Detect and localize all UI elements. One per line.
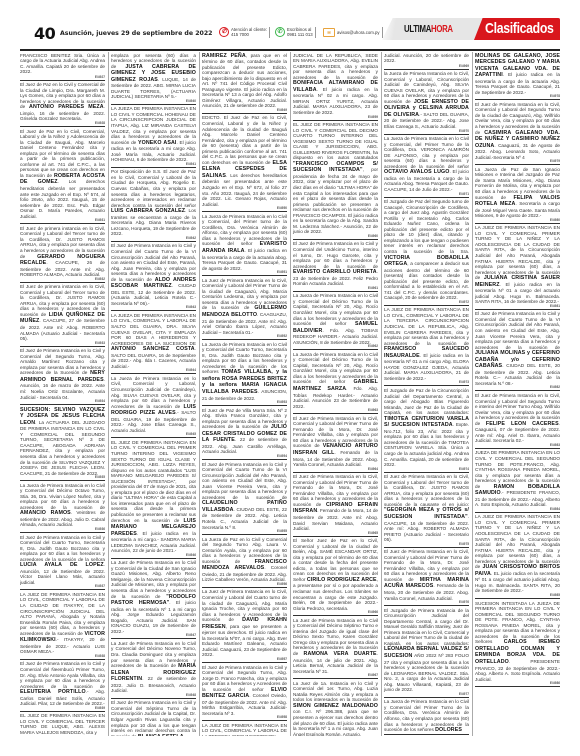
legal-notice: La Juez de Primera Instancia en lo Civil… xyxy=(202,589,287,663)
notice-code: E/4932 xyxy=(20,278,105,282)
notice-text: , a comparecer a deducir sus acciones de… xyxy=(384,261,469,300)
notice-text: El Juez de Primera Instancia en lo Civil… xyxy=(20,661,105,688)
notice-code: E/4974 xyxy=(384,468,469,472)
legal-notice: la Jueza de Primera Instancia en lo Civi… xyxy=(384,71,469,135)
legal-notice: El Señor Juez de Paz en lo Civil, Comerc… xyxy=(293,538,378,617)
classifieds-columns: FRANCISCO BENITEZ Sria. Única a cargo de… xyxy=(20,52,560,736)
legal-notice: EDICTO. El Juez de Paz en lo Civil, Come… xyxy=(202,115,287,212)
envelope-icon: ✉ xyxy=(323,28,335,37)
legal-notice: LA JUEZA DE PRIMERA INSTANCIA EN LO CIVI… xyxy=(111,312,196,374)
notice-text: , para que en el término de 60 días, con… xyxy=(202,53,287,109)
decedent-name: "GEORGINA MEZA y OTROS s/ SUCESION INTES… xyxy=(384,507,469,520)
section-banner: ULTIMAHORA Clasificados xyxy=(382,18,560,40)
notice-text: El Juez de Paz en lo Civil, Comercial, L… xyxy=(20,129,105,178)
decedent-name: SIMON GIMENEZ MALDONADO xyxy=(293,703,378,709)
notice-text: , por providencia de fecha 24 de mayo de… xyxy=(293,167,378,234)
legal-notice: La Jueza de Paz de San Ignacio Misiones … xyxy=(475,166,560,223)
decedent-name: LUIS CABRERA GONZALEZ xyxy=(111,208,185,214)
notice-code: E/4943 xyxy=(111,306,196,310)
notice-text: . La ACTUARIA DEL JUZGADO DE PRIMERA INS… xyxy=(20,420,105,476)
legal-notice: El Juez de Primera Instancia en lo Civil… xyxy=(384,549,469,606)
notice-text: JUDICIAL DE LA REPUBLICA, SEDE EN MARIA … xyxy=(293,53,378,80)
legal-notice: El Juez de Primera Instancia en lo Civil… xyxy=(475,392,560,448)
notice-text: El Juez de Primera Instancia en lo Civil… xyxy=(475,311,560,349)
notice-text: EL JUEZ DE PRIMERA INSTANCIA EN LO CIVIL… xyxy=(111,440,196,523)
notice-code: E/4972 xyxy=(384,301,469,305)
notice-code: E/4961 xyxy=(293,287,378,291)
notice-code: E/4960 xyxy=(293,235,378,239)
publication-date: Asunción, jueves 29 de septiembre de 202… xyxy=(60,30,212,37)
legal-notice: El Juez de Primera Instancia en lo Civil… xyxy=(111,700,196,736)
legal-notice: La Jueza de Primera Instancia en lo Civi… xyxy=(293,293,378,350)
notice-code: E/4983 xyxy=(475,444,560,448)
decedent-name: ANTONIO SANCHEZ COSTA xyxy=(111,346,195,352)
notice-code: E/4956 xyxy=(202,583,287,587)
notice-code: E/4946 xyxy=(111,554,196,558)
legal-notice: El Juez de Primera Instancia en lo Civil… xyxy=(20,534,105,590)
notice-text: El Juez de Primera Instancia en lo Civil… xyxy=(384,474,469,507)
legal-notice: El Juez de primera instancia en lo Civil… xyxy=(20,284,105,347)
legal-notice: La Juez de Primera Instancia en lo Civil… xyxy=(111,640,196,698)
decedent-name: OCTAVIO AVALOS LUGO xyxy=(384,169,450,175)
notice-text: El Juez de Primera Instancia en lo Civil… xyxy=(202,462,287,500)
legal-notice: El Juez de Paz en lo Civil y Comercial d… xyxy=(20,82,105,127)
notice-code: E/4941 xyxy=(111,163,196,167)
decedent-name: FELIPE LEON CACERES xyxy=(486,421,559,427)
decedent-name: RAMIREZ PEÑA xyxy=(202,53,246,59)
legal-notice: Por Disposición de S.S. El Juez de Paz e… xyxy=(111,169,196,242)
brand-logo: ULTIMAHORA xyxy=(404,24,453,35)
legal-notice: La Jueza de Primera Instancia en lo Civi… xyxy=(384,699,469,735)
notice-code: E/4944 xyxy=(111,369,196,373)
page-header: 40 Asunción, jueves 29 de septiembre de … xyxy=(0,0,580,40)
notice-code: E/4985 xyxy=(475,594,560,598)
legal-notice: La Jueza de Primera Instancia en lo Civi… xyxy=(111,375,196,438)
legal-notice: emplaza por sesenta (60) días a heredero… xyxy=(111,52,196,105)
decedent-name: ANTONIO PAREDES MEZA xyxy=(29,104,104,110)
legal-notice: LA JUEZ DE PRIMERA INSTANCIA EN LO CIVIL… xyxy=(384,307,469,387)
notice-code: E/4927 xyxy=(20,76,105,80)
legal-notice: Judicial. Asunción, 20 de setiembre de 2… xyxy=(384,52,469,70)
legal-notice: El Juez de Primera Instancia en lo Civil… xyxy=(111,243,196,312)
notice-text: Judicial. Asunción, 20 de setiembre de 2… xyxy=(384,53,469,64)
notice-code: E/4951 xyxy=(202,271,287,275)
contact-whatsapp: 0981 111 013 xyxy=(287,32,313,37)
notice-code: E/4981 xyxy=(475,305,560,309)
legal-notice: La Juez de Primera Instancia en lo Civil… xyxy=(202,277,287,340)
notice-code: E/4966 xyxy=(293,611,378,615)
legal-notice: EL JUEZ DE PRIMERA INSTANCIA EN LO CIVIL… xyxy=(20,713,105,736)
legal-notice: LA JUEZ DE PRIMERA INSTANCIA EN LO CIVIL… xyxy=(202,722,287,736)
notice-code: E/4958 xyxy=(202,716,287,720)
notice-text: El Juzgado de Paz de la Circunscripción … xyxy=(384,388,469,415)
notice-text: El Juez de Primera Instancia en lo Civil… xyxy=(111,700,196,736)
legal-notice: El Juzgado de Paz de la Circunscripción … xyxy=(384,387,469,472)
notice-code: E/4934 xyxy=(20,400,105,404)
column-1: FRANCISCO BENITEZ Sria. Única a cargo de… xyxy=(20,52,105,736)
legal-notice: El Juez de Primera Instancia en lo Civil… xyxy=(475,311,560,392)
decedent-name: RAMONA VERA DUARTE xyxy=(304,651,377,657)
notice-code: E/4940 xyxy=(111,100,196,104)
decedent-name: LUCIA AYALA DE LOPEZ xyxy=(20,562,104,568)
legal-notice: La Jueza de Primera Instancia en lo Civi… xyxy=(293,351,378,414)
notice-code: E/4976 xyxy=(384,601,469,605)
legal-notice: SUCESION: SILVINO VAZQUEZ Y JOSEFA DE JE… xyxy=(20,406,105,481)
legal-notice: El Juez de Paz en lo Civil, Comercial, L… xyxy=(20,128,105,224)
legal-notice: SUCESION INTESTADA LA JUEZA DE PRIMERA I… xyxy=(475,600,560,687)
notice-text: LA JUEZ DE PRIMERA INSTANCIA EN LO CIVIL… xyxy=(475,225,560,280)
column-4: JUDICIAL DE LA REPUBLICA, SEDE EN MARIA … xyxy=(290,52,378,736)
notice-code: E/4971 xyxy=(384,193,469,197)
section-title: Clasificados xyxy=(485,20,554,37)
phone-icon: ✆ xyxy=(219,27,229,37)
notice-text: El Señor Juez de Paz en lo Civil, Comerc… xyxy=(293,538,378,582)
legal-notice: La Juez de 1a. Instancia en lo Civil y C… xyxy=(293,680,378,736)
notice-text: . Expte. Nro.712, folio 23, Año: 2022 ci… xyxy=(384,422,469,467)
legal-notice: JUEZA DE PRIMERA INSTANCIA EN LO CIVIL Y… xyxy=(475,450,560,513)
notice-text: El Juez de Primera Instancia en lo Civil… xyxy=(293,241,378,268)
decedent-name: BLANCA ESTELA xyxy=(138,734,184,736)
decedent-name: DOLORES xyxy=(435,727,462,733)
legal-notice: La Jueza de Primera Instancia en lo Civi… xyxy=(20,482,105,533)
legal-notice: LA JUEZ DE PRIMERA INSTANCIA EN LO CIVIL… xyxy=(475,514,560,599)
notice-text: La Juez de 1a. Instancia en lo Civil y C… xyxy=(293,681,378,703)
decedent-name: EVARISTO CARRILLO URRIETA xyxy=(293,269,377,275)
notice-code: E/4948 xyxy=(111,694,196,698)
legal-notice: LA JUEZ DE PRIMERA INSTANCIA EN LO CIVIL… xyxy=(20,591,105,660)
legal-notice: La Juez de Primera Instancia en lo Civil… xyxy=(111,560,196,640)
notice-code: E/4936 xyxy=(20,528,105,532)
notice-text: EDICTO. El Juez de Paz en lo Civil, Come… xyxy=(202,115,287,164)
notice-code: E/4938 xyxy=(20,655,105,659)
legal-notice: MOLINAS DE GALEANO, JOSE MERCEDES GALEAN… xyxy=(475,52,560,100)
notice-code: E/4957 xyxy=(202,658,287,662)
notice-code: E/4937 xyxy=(20,585,105,589)
notice-text: SUCESION INTESTADA LA JUEZA DE PRIMERA I… xyxy=(475,601,560,645)
notice-code: E/4945 xyxy=(111,433,196,437)
notice-text: EL JUEZ DE PRIMERA INSTANCIA EN LO CIVIL… xyxy=(293,122,378,160)
legal-notice: El Juez de Primera Instancia en lo Civil… xyxy=(293,241,378,292)
notice-code: E/4979 xyxy=(475,160,560,164)
legal-notice: El Juez de Primera Instancia en lo Civil… xyxy=(20,661,105,712)
notice-text: Por Disposición de S.S. El Juez de Paz e… xyxy=(111,169,196,207)
notice-text: EL JUEZ DE PRIMERA INSTANCIA EN LO CIVIL… xyxy=(20,713,105,735)
notice-text: con C.I. Nº 296.388, para que se present… xyxy=(293,709,378,736)
legal-notice: EL JUEZ DE PRIMERA INSTANCIA EN LO CIVIL… xyxy=(111,439,196,558)
legal-notice: El Juez de Primera Instancia en lo Civil… xyxy=(202,664,287,721)
decedent-name: CIRILO RODRIGUEZ ARCE xyxy=(307,577,377,583)
notice-code: E/4939 xyxy=(20,707,105,711)
notice-code: E/4982 xyxy=(475,386,560,390)
legal-notice: La Jueza de Primera Instancia en lo Civi… xyxy=(202,341,287,406)
column-6: MOLINAS DE GALEANO, JOSE MERCEDES GALEAN… xyxy=(472,52,560,736)
notice-code: E/4980 xyxy=(475,219,560,223)
whatsapp-icon: ✆ xyxy=(275,27,285,37)
notice-code: E/4986 xyxy=(475,682,560,686)
legal-notice: El Juzgado de Paz del Segundo turno de C… xyxy=(384,199,469,306)
legal-notice: La Jueza de Paz en lo Civil y Comercial … xyxy=(202,536,287,588)
notice-code: E/4959 xyxy=(293,116,378,120)
notice-code: E/4933 xyxy=(20,342,105,346)
notice-code: E/4977 xyxy=(384,693,469,697)
notice-code: E/4953 xyxy=(202,401,287,405)
legal-notice: El Juez de Primera Instancia en lo Civil… xyxy=(384,474,469,548)
page-number: 40 xyxy=(34,24,55,43)
legal-notice: El Juez de Primera Instancia en lo Civil… xyxy=(293,415,378,472)
notice-code: E/4978 xyxy=(475,95,560,99)
customer-service-contact: ✆ Atención al cliente:415 7000 xyxy=(219,25,267,39)
notice-text: . Los derechos hereditarios deberán ser … xyxy=(20,179,105,218)
notice-code: E/4928 xyxy=(20,122,105,126)
notice-code: E/4955 xyxy=(202,530,287,534)
notice-code: E/4942 xyxy=(111,237,196,241)
legal-notice: El Juez de primera instancia en lo Civil… xyxy=(20,225,105,282)
legal-notice: LA JUEZA DE PRIMERA INSTANCIA EN LO CIVI… xyxy=(111,106,196,168)
contact-phone: 415 7000 xyxy=(231,32,249,37)
notice-text: LA JUEZ DE PRIMERA INSTANCIA EN LO CIVIL… xyxy=(202,723,287,736)
notice-code: E/4964 xyxy=(293,468,378,472)
notice-text: FRANCISCO BENITEZ Sria. Única a cargo de… xyxy=(20,53,105,75)
notice-text: LA JUEZ DE PRIMERA INSTANCIA EN LO CIVIL… xyxy=(384,307,469,345)
legal-notice: La Juez de Primera Instancia en lo Civil… xyxy=(293,617,378,679)
legal-notice: El Juez de Primera Instancia en lo Civil… xyxy=(293,474,378,537)
column-3: RAMIREZ PEÑA, para que en el término de … xyxy=(199,52,287,736)
notice-code: E/4973 xyxy=(384,381,469,385)
notice-text: LA JUEZ DE PRIMERA INSTANCIA EN LO CIVIL… xyxy=(20,592,105,636)
notice-code: E/4962 xyxy=(293,345,378,349)
header-divider xyxy=(20,49,560,51)
legal-notice: La Jueza de Primera Instancia en lo Civi… xyxy=(202,213,287,276)
notice-code: E/4931 xyxy=(20,219,105,223)
notice-code: E/4950 xyxy=(202,207,287,211)
legal-notice: El Juzgado de Primera Instancia de la Ci… xyxy=(384,607,469,698)
notice-code: E/4952 xyxy=(202,335,287,339)
notice-text: La Jueza de Primera Instancia en lo Civi… xyxy=(20,483,105,510)
legal-notice: LA JUEZ DE PRIMERA INSTANCIA EN LO CIVIL… xyxy=(475,225,560,310)
notice-text: El Juzgado de Primera Instancia de la Ci… xyxy=(384,608,469,646)
notice-code: E/4969 xyxy=(384,65,469,69)
legal-notice: RAMIREZ PEÑA, para que en el término de … xyxy=(202,52,287,114)
legal-notice: El Juez de Primera Instancia en lo Civil… xyxy=(475,101,560,165)
notice-code: E/4984 xyxy=(475,508,560,512)
legal-notice: FRANCISCO BENITEZ Sria. Única a cargo de… xyxy=(20,52,105,81)
notice-code: E/4954 xyxy=(202,455,287,459)
legal-notice: El Juez de Paz de Villa Morra Sria. Nº 2… xyxy=(202,407,287,460)
notice-text: AÑO 2022 Nº 283 FOLIO 27 cita y emplaza … xyxy=(384,653,469,692)
legal-notice: JUDICIAL DE LA REPUBLICA, SEDE EN MARIA … xyxy=(293,52,378,121)
notice-text: LA JUEZ DE PRIMERA INSTANCIA EN LO CIVIL… xyxy=(475,514,560,569)
column-5: Judicial. Asunción, 20 de setiembre de 2… xyxy=(381,52,469,736)
whatsapp-contact: ✆ Escribinos al0981 111 013 xyxy=(275,25,313,39)
notice-code: E/4963 xyxy=(293,409,378,413)
notice-code: E/4935 xyxy=(20,476,105,480)
notice-text: El Juez de Primera Instancia en lo Civil… xyxy=(20,535,105,562)
email-contact: ✉ avisos@uhora.com.py xyxy=(323,25,380,39)
notice-code: E/4947 xyxy=(111,634,196,638)
decedent-name: YONEKO ASAI xyxy=(138,140,176,146)
notice-text: LA JUEZA DE PRIMERA INSTANCIA EN LO CIVI… xyxy=(111,313,196,346)
legal-notice: La Jueza de Primera Instancia en lo Civi… xyxy=(384,136,469,198)
decedent-name: AMANCIO RAMOS xyxy=(20,510,71,516)
notice-code: E/4965 xyxy=(293,532,378,536)
legal-notice: El Juez de Primera Instancia en lo Civil… xyxy=(202,461,287,535)
legal-notice: EL JUEZ DE PRIMERA INSTANCIA EN LO CIVIL… xyxy=(293,122,378,240)
decedent-name: ELEUTERIA PORTILLO xyxy=(20,689,86,695)
column-2: emplaza por sesenta (60) días a heredero… xyxy=(108,52,196,736)
notice-text: La Jueza de Primera Instancia en lo Civi… xyxy=(384,136,469,169)
notice-code: E/4967 xyxy=(293,674,378,678)
notice-code: E/4975 xyxy=(384,543,469,547)
legal-notice: El Juez de Primera Instancia en lo Civil… xyxy=(20,348,105,405)
notice-text: El Juzgado de Paz del Segundo turno de C… xyxy=(384,199,469,254)
notice-code: E/4949 xyxy=(202,109,287,113)
contact-email: avisos@uhora.com.py xyxy=(337,30,380,35)
notice-code: E/4970 xyxy=(384,130,469,134)
